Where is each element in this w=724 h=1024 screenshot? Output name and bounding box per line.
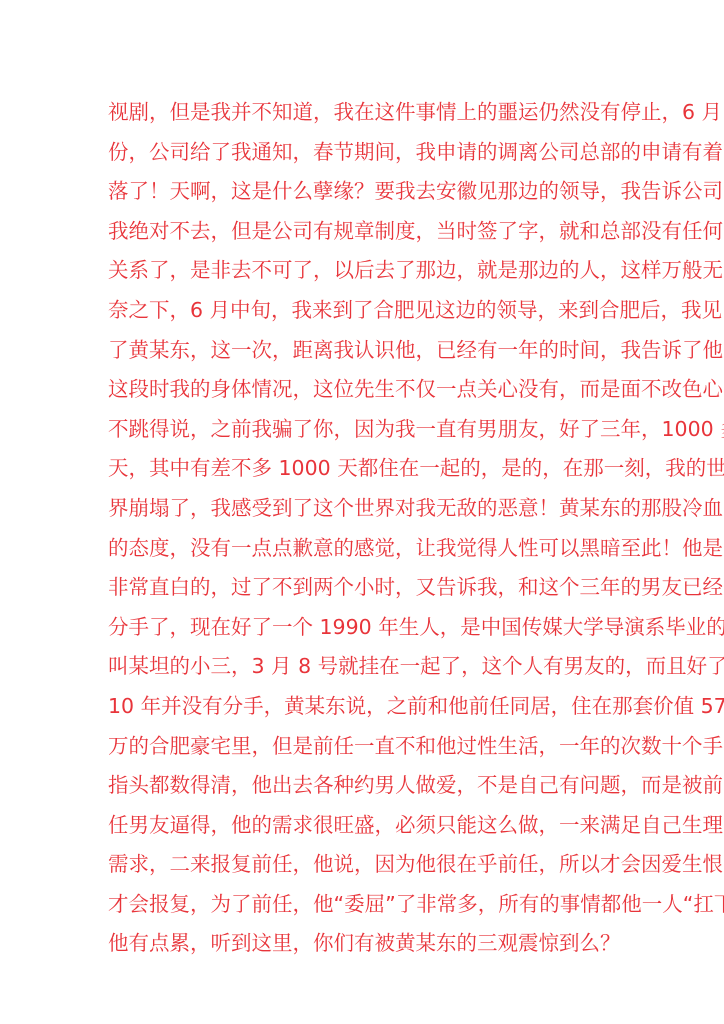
text-line: 的态度，没有一点点歉意的感觉，让我觉得人性可以黑暗至此！他是	[108, 529, 618, 569]
body-paragraph: 视剧，但是我并不知道，我在这件事情上的噩运仍然没有停止，6 月 份，公司给了我通…	[108, 93, 618, 964]
text-line: 我绝对不去，但是公司有规章制度，当时签了字，就和总部没有任何	[108, 212, 618, 252]
text-line: 叫某坦的小三，3 月 8 号就挂在一起了，这个人有男友的，而且好了	[108, 647, 618, 687]
text-line: 万的合肥豪宅里，但是前任一直不和他过性生活，一年的次数十个手	[108, 727, 618, 767]
text-line: 非常直白的，过了不到两个小时，又告诉我，和这个三年的男友已经	[108, 568, 618, 608]
text-line: 10 年并没有分手，黄某东说，之前和他前任同居，住在那套价值 570	[108, 687, 618, 727]
text-line: 份，公司给了我通知，春节期间，我申请的调离公司总部的申请有着	[108, 133, 618, 173]
text-line: 了黄某东，这一次，距离我认识他，已经有一年的时间，我告诉了他	[108, 331, 618, 371]
text-line: 奈之下，6 月中旬，我来到了合肥见这边的领导，来到合肥后，我见	[108, 291, 618, 331]
text-line: 分手了，现在好了一个 1990 年生人，是中国传媒大学导演系毕业的，	[108, 608, 618, 648]
text-line: 他有点累，听到这里，你们有被黄某东的三观震惊到么？	[108, 924, 618, 964]
text-line: 落了！天啊，这是什么孽缘？要我去安徽见那边的领导，我告诉公司	[108, 172, 618, 212]
text-line: 界崩塌了，我感受到了这个世界对我无敌的恶意！黄某东的那股冷血	[108, 489, 618, 529]
text-line: 需求，二来报复前任，他说，因为他很在乎前任，所以才会因爱生恨	[108, 845, 618, 885]
document-page: 视剧，但是我并不知道，我在这件事情上的噩运仍然没有停止，6 月 份，公司给了我通…	[0, 0, 724, 1024]
text-line: 不跳得说，之前我骗了你，因为我一直有男朋友，好了三年，1000 多	[108, 410, 618, 450]
text-line: 视剧，但是我并不知道，我在这件事情上的噩运仍然没有停止，6 月	[108, 93, 618, 133]
text-line: 天，其中有差不多 1000 天都住在一起的，是的，在那一刻，我的世	[108, 449, 618, 489]
text-line: 这段时我的身体情况，这位先生不仅一点关心没有，而是面不改色心	[108, 370, 618, 410]
text-line: 任男友逼得，他的需求很旺盛，必须只能这么做，一来满足自己生理	[108, 806, 618, 846]
text-line: 关系了，是非去不可了，以后去了那边，就是那边的人，这样万般无	[108, 251, 618, 291]
text-line: 才会报复，为了前任，他“委屈”了非常多，所有的事情都他一人“扛下”，	[108, 885, 618, 925]
text-line: 指头都数得清，他出去各种约男人做爱，不是自己有问题，而是被前	[108, 766, 618, 806]
